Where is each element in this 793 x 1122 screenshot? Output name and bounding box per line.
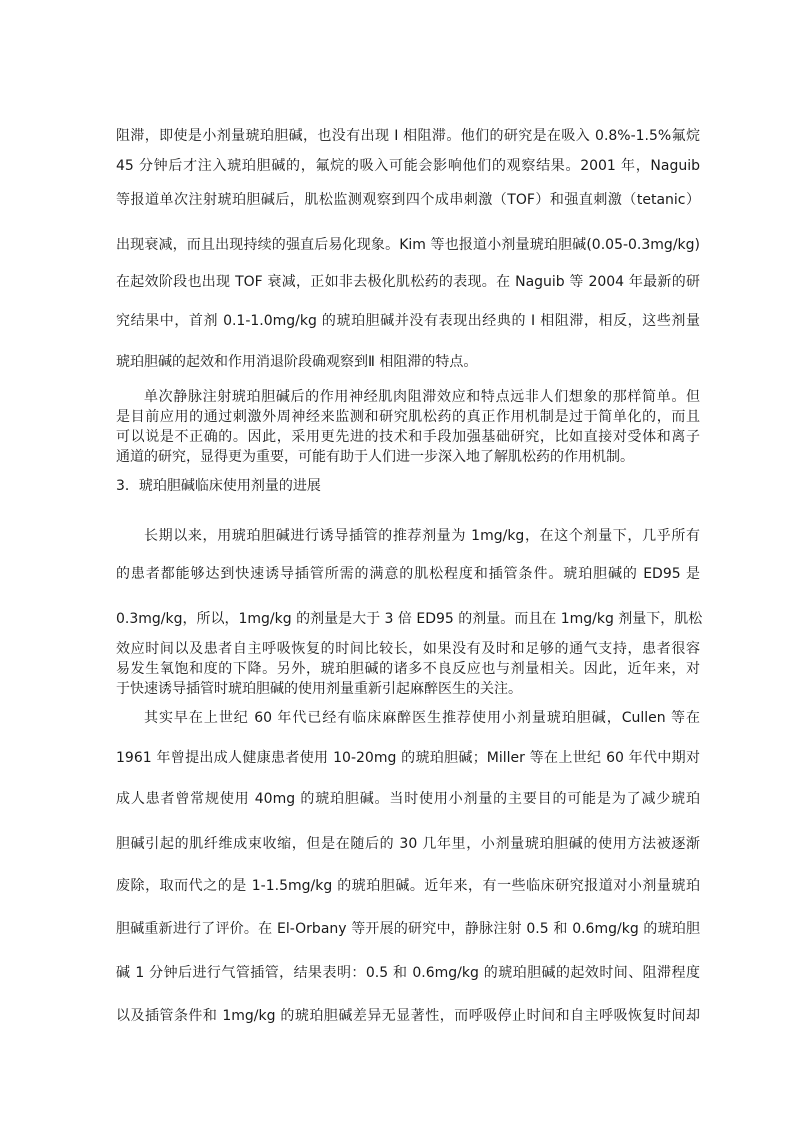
section-heading: 3．琥珀胆碱临床使用剂量的进展 (116, 478, 321, 494)
paragraph-line: 阻滞，即使是小剂量琥珀胆碱，也没有出现 I 相阻滞。他们的研究是在吸入 0.8%… (116, 128, 700, 144)
paragraph-line: 成人患者曾常规使用 40mg 的琥珀胆碱。当时使用小剂量的主要目的可能是为了减少… (116, 791, 700, 807)
paragraph-line: 1961 年曾提出成人健康患者使用 10-20mg 的琥珀胆碱；Miller 等… (116, 750, 700, 766)
paragraph-line: 究结果中，首剂 0.1-1.0mg/kg 的琥珀胆碱并没有表现出经典的 I 相阻… (116, 313, 700, 329)
paragraph-line: 其实早在上世纪 60 年代已经有临床麻醉医生推荐使用小剂量琥珀胆碱，Cullen… (144, 710, 700, 726)
paragraph-line: 通道的研究，显得更为重要，可能有助于人们进一步深入地了解肌松药的作用机制。 (116, 449, 700, 465)
paragraph-line: 碱 1 分钟后进行气管插管，结果表明：0.5 和 0.6mg/kg 的琥珀胆碱的… (116, 965, 700, 981)
paragraph-line: 单次静脉注射琥珀胆碱后的作用神经肌肉阻滞效应和特点远非人们想象的那样简单。但 (144, 389, 700, 405)
paragraph-line: 出现衰减，而且出现持续的强直后易化现象。Kim 等也报道小剂量琥珀胆碱(0.05… (116, 237, 700, 253)
paragraph-line: 45 分钟后才注入琥珀胆碱的，氟烷的吸入可能会影响他们的观察结果。2001 年，… (116, 158, 700, 174)
paragraph-line: 琥珀胆碱的起效和作用消退阶段确观察到Ⅱ 相阻滞的特点。 (116, 354, 700, 370)
paragraph-line: 易发生氧饱和度的下降。另外，琥珀胆碱的诸多不良反应也与剂量相关。因此，近年来，对 (116, 661, 700, 677)
paragraph-line: 废除，取而代之的是 1-1.5mg/kg 的琥珀胆碱。近年来，有一些临床研究报道… (116, 878, 700, 894)
paragraph-line: 以及插管条件和 1mg/kg 的琥珀胆碱差异无显著性，而呼吸停止时间和自主呼吸恢… (116, 1008, 700, 1024)
paragraph-line: 0.3mg/kg，所以，1mg/kg 的剂量是大于 3 倍 ED95 的剂量。而… (116, 611, 700, 627)
paragraph-line: 等报道单次注射琥珀胆碱后，肌松监测观察到四个成串刺激（TOF）和强直刺激（tet… (116, 192, 700, 208)
paragraph-line: 胆碱重新进行了评价。在 El-Orbany 等开展的研究中，静脉注射 0.5 和… (116, 921, 700, 937)
paragraph-line: 于快速诱导插管时琥珀胆碱的使用剂量重新引起麻醉医生的关注。 (116, 681, 700, 697)
paragraph-line: 在起效阶段也出现 TOF 衰减，正如非去极化肌松药的表现。在 Naguib 等 … (116, 274, 700, 290)
paragraph-line: 可以说是不正确的。因此，采用更先进的技术和手段加强基础研究，比如直接对受体和离子 (116, 429, 700, 445)
paragraph-line: 的患者都能够达到快速诱导插管所需的满意的肌松程度和插管条件。琥珀胆碱的 ED95… (116, 566, 700, 582)
paragraph-line: 是目前应用的通过刺激外周神经来监测和研究肌松药的真正作用机制是过于简单化的，而且 (116, 409, 700, 425)
paragraph-line: 胆碱引起的肌纤维成束收缩，但是在随后的 30 几年里，小剂量琥珀胆碱的使用方法被… (116, 836, 700, 852)
paragraph-line: 效应时间以及患者自主呼吸恢复的时间比较长，如果没有及时和足够的通气支持，患者很容 (116, 641, 700, 657)
paragraph-line: 长期以来，用琥珀胆碱进行诱导插管的推荐剂量为 1mg/kg，在这个剂量下，几乎所… (144, 528, 700, 544)
